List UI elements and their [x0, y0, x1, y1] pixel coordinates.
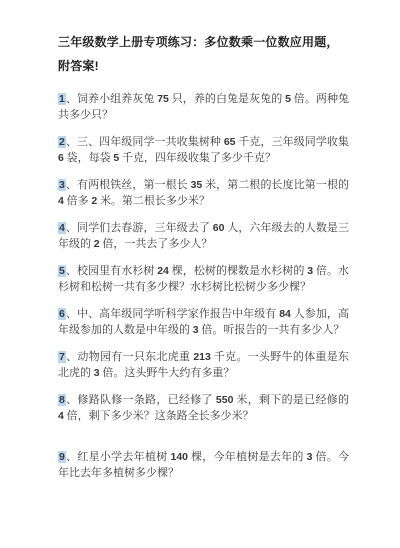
inline-number: 65: [224, 136, 236, 148]
question-item: 5、校园里有水杉树 24 棵，松树的棵数是水杉树的 3 倍。水杉树和松树一共有多…: [58, 263, 349, 295]
inline-number: 6: [58, 152, 64, 164]
inline-number: 550: [216, 394, 234, 406]
question-number-separator: 、: [66, 265, 77, 277]
question-item: 2、三、四年级同学一共收集树种 65 千克，三年级同学收集 6 袋，每袋 5 千…: [58, 134, 349, 166]
question-number-separator: 、: [66, 451, 78, 463]
question-number-separator: 、: [66, 136, 77, 148]
question-item: 9、红星小学去年植树 140 棵，今年植树是去年的 3 倍。今年比去年多植树多少…: [58, 449, 349, 481]
question-number-separator: 、: [66, 351, 78, 363]
question-list: 1、饲养小组养灰兔 75 只，养的白兔是灰兔的 5 倍。两种兔共多少只？ 2、三…: [58, 91, 349, 481]
inline-number: 84: [279, 308, 291, 320]
question-text: 校园里有水杉树 24 棵，松树的棵数是水杉树的 3 倍。水杉树和松树一共有多少棵…: [58, 265, 349, 293]
question-number-separator: 、: [66, 308, 77, 320]
inline-number: 24: [157, 265, 169, 277]
inline-number: 3: [307, 451, 313, 463]
question-number-separator: 、: [66, 394, 78, 406]
question-item: 3、有两根铁丝，第一根长 35 米，第二根的长度比第一根的 4 倍多 2 米。第…: [58, 177, 349, 209]
question-number: 7: [58, 351, 66, 363]
question-item: 4、同学们去春游，三年级去了 60 人，六年级去的人数是三年级的 2 倍，一共去…: [58, 220, 349, 252]
question-item: 7、动物园有一只东北虎重 213 千克。一头野牛的体重是东北虎的 3 倍。这头野…: [58, 349, 349, 381]
inline-number: 5: [285, 93, 291, 105]
question-number-separator: 、: [66, 222, 77, 234]
question-number: 9: [58, 451, 66, 463]
inline-number: 5: [113, 152, 119, 164]
question-text: 修路队修一条路，已经修了 550 米，剩下的是已经修的 4 倍，剩下多少米？这条…: [58, 394, 349, 422]
question-number: 5: [58, 265, 66, 277]
question-text: 有两根铁丝，第一根长 35 米，第二根的长度比第一根的 4 倍多 2 米。第二根…: [58, 179, 349, 207]
question-text: 饲养小组养灰兔 75 只，养的白兔是灰兔的 5 倍。两种兔共多少只？: [58, 93, 349, 121]
question-number: 4: [58, 222, 66, 234]
question-text: 中、高年级同学听科学家作报告中年级有 84 人参加，高年级参加的人数是中年级的 …: [58, 308, 349, 336]
inline-number: 3: [193, 324, 199, 336]
inline-number: 75: [157, 93, 169, 105]
inline-number: 4: [58, 410, 64, 422]
question-text: 三、四年级同学一共收集树种 65 千克，三年级同学收集 6 袋，每袋 5 千克，…: [58, 136, 349, 164]
inline-number: 4: [58, 195, 64, 207]
question-number: 6: [58, 308, 66, 320]
inline-number: 2: [94, 238, 100, 250]
inline-number: 213: [193, 351, 211, 363]
question-item: 8、修路队修一条路，已经修了 550 米，剩下的是已经修的 4 倍，剩下多少米？…: [58, 392, 349, 424]
question-text: 同学们去春游，三年级去了 60 人，六年级去的人数是三年级的 2 倍，一共去了多…: [58, 222, 349, 250]
inline-number: 60: [213, 222, 225, 234]
inline-number: 3: [307, 265, 313, 277]
worksheet-page: 三年级数学上册专项练习：多位数乘一位数应用题，附答案! 1、饲养小组养灰兔 75…: [0, 0, 400, 548]
inline-number: 3: [94, 367, 100, 379]
question-number: 1: [58, 93, 66, 105]
inline-number: 35: [191, 179, 203, 191]
question-text: 动物园有一只东北虎重 213 千克。一头野牛的体重是东北虎的 3 倍。这头野牛大…: [58, 351, 349, 379]
inline-number: 140: [170, 451, 188, 463]
question-number: 2: [58, 136, 66, 148]
question-text: 红星小学去年植树 140 棵，今年植树是去年的 3 倍。今年比去年多植树多少棵？: [58, 451, 349, 479]
question-item: 6、中、高年级同学听科学家作报告中年级有 84 人参加，高年级参加的人数是中年级…: [58, 306, 349, 338]
page-title: 三年级数学上册专项练习：多位数乘一位数应用题，附答案!: [58, 30, 348, 78]
inline-number: 2: [91, 195, 97, 207]
question-number-separator: 、: [66, 93, 77, 105]
question-number: 8: [58, 394, 66, 406]
question-number-separator: 、: [66, 179, 77, 191]
question-number: 3: [58, 179, 66, 191]
question-item: 1、饲养小组养灰兔 75 只，养的白兔是灰兔的 5 倍。两种兔共多少只？: [58, 91, 349, 123]
